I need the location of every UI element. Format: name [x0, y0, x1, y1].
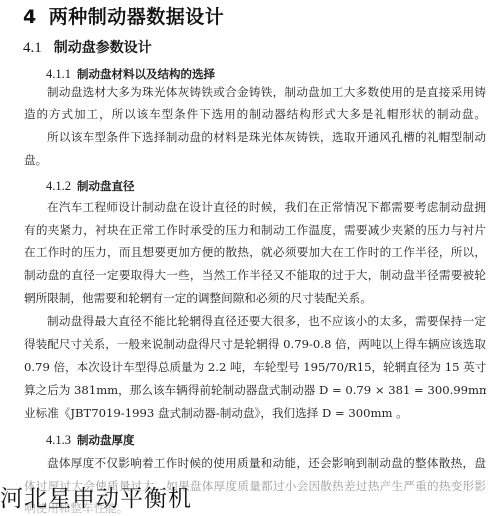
subsection-title: 制动盘材料以及结构的选择 [77, 67, 215, 81]
subsection-heading-4-1-3: 4.1.3制动盘厚度 [46, 432, 135, 448]
subsection-number: 4.1.1 [46, 67, 71, 81]
subsection-number: 4.1.2 [46, 179, 71, 193]
paragraph-line: 制动盘选材大多为珠光体灰铸铁或合金铸铁，制动盘加工大多数使用的是直接采用铸 [47, 85, 486, 99]
subsection-title: 制动盘直径 [77, 179, 135, 193]
paragraph-line: 制动盘得最大直径不能比轮辋得直径还要大很多，也不应该小的太多，需要保持一定 [47, 314, 486, 328]
chapter-title: 两种制动器数据设计 [49, 6, 225, 28]
paragraph-line: 造的方式加工，所以该车型条件下选用的制动器结构形式大多是礼帽形状的制动盘。 [24, 107, 486, 121]
paragraph-line: 制动盘的直径一定要取得大一些，当然工作半径又不能取的过于大，制动盘半径需要被轮 [24, 268, 486, 282]
paragraph-line: 有的夹紧力，衬块在正常工作时承受的压力和制动工作温度，需要减少夹紧的压力与衬片 [24, 223, 486, 237]
paragraph-line: 算之后为 381mm，那么该车辆得前轮制动器盘式制动器 D = 0.79 × 3… [24, 383, 486, 397]
paragraph-line: 盘体厚度不仅影响着工作时候的使用质量和动能，还会影响到制动盘的整体散热，盘 [47, 456, 486, 470]
watermark-text: 河北星申动平衡机 [0, 480, 192, 513]
paragraph-line: 所以该车型条件下选择制动盘的材料是珠光体灰铸铁，选取开通风孔槽的礼帽型制动 [47, 130, 486, 144]
paragraph-line: 在工作时的压力，而且想要更加方便的散热，就必须要加大在工作时的工作半径，所以， [24, 245, 486, 259]
chapter-heading: 4两种制动器数据设计 [23, 2, 224, 29]
paragraph-line: 业标准《JBT7019-1993 盘式制动器-制动盘》，我们选择 D = 300… [24, 406, 486, 420]
chapter-number: 4 [23, 6, 37, 28]
paragraph-line: 在汽车工程师设计制动盘在设计直径的时候，我们在正常情况下都需要考虑制动盘拥 [47, 200, 486, 214]
paragraph-line: 盘。 [24, 153, 486, 167]
subsection-heading-4-1-2: 4.1.2制动盘直径 [46, 178, 135, 194]
paragraph-line: 得装配尺寸关系，一般来说制动盘得尺寸是轮辋得 0.79-0.8 倍，两吨以上得车… [24, 337, 486, 351]
section-title: 制动盘参数设计 [54, 40, 152, 56]
paragraph-line: 0.79 倍，本次设计车型得总质量为 2.2 吨，车轮型号 195/70/R15… [24, 360, 486, 374]
subsection-heading-4-1-1: 4.1.1制动盘材料以及结构的选择 [46, 66, 215, 82]
section-heading: 4.1制动盘参数设计 [23, 37, 152, 57]
section-number: 4.1 [23, 40, 42, 56]
document-page: 4两种制动器数据设计 4.1制动盘参数设计 4.1.1制动盘材料以及结构的选择 … [0, 0, 500, 516]
subsection-title: 制动盘厚度 [77, 433, 135, 447]
paragraph-line: 辋所限制，他需要和轮辋有一定的调整间隙和必须的尺寸装配关系。 [24, 291, 486, 305]
subsection-number: 4.1.3 [46, 433, 71, 447]
